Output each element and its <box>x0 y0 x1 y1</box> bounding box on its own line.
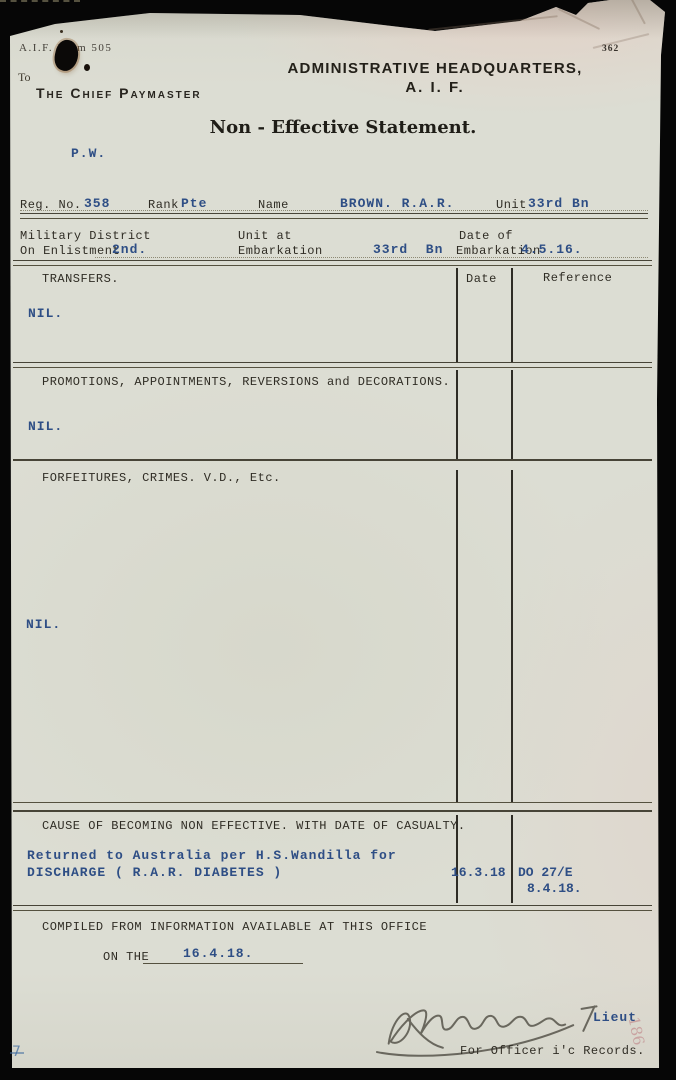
reference-column-header: Reference <box>543 271 612 285</box>
cause-reference-line2: 8.4.18. <box>527 881 582 896</box>
compiled-date-value: 16.4.18. <box>183 946 253 961</box>
horizontal-rule <box>13 905 652 911</box>
transfers-entry: NIL. <box>28 306 63 321</box>
military-district-value: 2nd. <box>112 242 147 257</box>
dotted-fill-line <box>95 256 648 258</box>
forfeitures-entry: NIL. <box>26 617 61 632</box>
date-column-rule <box>456 370 458 459</box>
promotions-entry: NIL. <box>28 419 63 434</box>
ink-speck <box>60 30 63 33</box>
cause-entry-line1: Returned to Australia per H.S.Wandilla f… <box>27 848 397 863</box>
fill-underline <box>0 0 80 2</box>
embarkation-date-value: 4.5.16. <box>521 242 583 257</box>
horizontal-rule <box>13 260 652 266</box>
cause-date-value: 16.3.18 <box>451 865 506 880</box>
document-title: Non - Effective Statement. <box>178 117 508 138</box>
on-the-label: ON THE <box>103 950 149 964</box>
date-column-rule <box>456 470 458 803</box>
corner-pencil-mark: 7 <box>12 1044 21 1060</box>
forfeitures-heading: FORFEITURES, CRIMES. V.D., Etc. <box>42 471 281 485</box>
date-column-header: Date <box>466 272 497 286</box>
military-district-label: Military District <box>20 229 151 243</box>
org-name-line2: A. I. F. <box>260 79 610 96</box>
cause-heading: CAUSE OF BECOMING NON EFFECTIVE. WITH DA… <box>42 819 466 833</box>
pw-annotation: P.W. <box>71 146 106 161</box>
cause-entry-line2: DISCHARGE ( R.A.R. DIABETES ) <box>27 865 282 880</box>
ink-speck <box>84 64 90 71</box>
horizontal-rule <box>13 362 652 368</box>
date-column-rule <box>456 268 458 362</box>
fill-underline <box>143 963 303 964</box>
compiled-statement: COMPILED FROM INFORMATION AVAILABLE AT T… <box>42 920 427 934</box>
unit-at-label: Unit at <box>238 229 292 243</box>
reference-column-rule <box>511 815 513 903</box>
reference-column-rule <box>511 268 513 362</box>
horizontal-rule <box>13 802 652 803</box>
horizontal-rule <box>20 213 648 219</box>
addressee: The Chief Paymaster <box>36 85 202 101</box>
date-of-label: Date of <box>459 229 513 243</box>
org-name-line1: ADMINISTRATIVE HEADQUARTERS, <box>260 60 610 77</box>
to-label: To <box>18 70 31 85</box>
scanned-document: A.I.F. Form 505 362 To The Chief Paymast… <box>0 0 676 1080</box>
horizontal-rule <box>13 459 652 461</box>
page-number: 362 <box>602 44 619 54</box>
paper-sheet <box>0 0 676 1080</box>
cause-reference-line1: DO 27/E <box>518 865 573 880</box>
horizontal-rule <box>13 810 652 812</box>
transfers-heading: TRANSFERS. <box>42 272 119 286</box>
for-officer-records-line: For Officer i'c Records. <box>460 1044 645 1058</box>
dotted-fill-line <box>20 209 648 211</box>
promotions-heading: PROMOTIONS, APPOINTMENTS, REVERSIONS and… <box>42 375 450 389</box>
reference-column-rule <box>511 370 513 459</box>
embarkation-unit-value: 33rd Bn <box>373 242 443 257</box>
reference-column-rule <box>511 470 513 803</box>
